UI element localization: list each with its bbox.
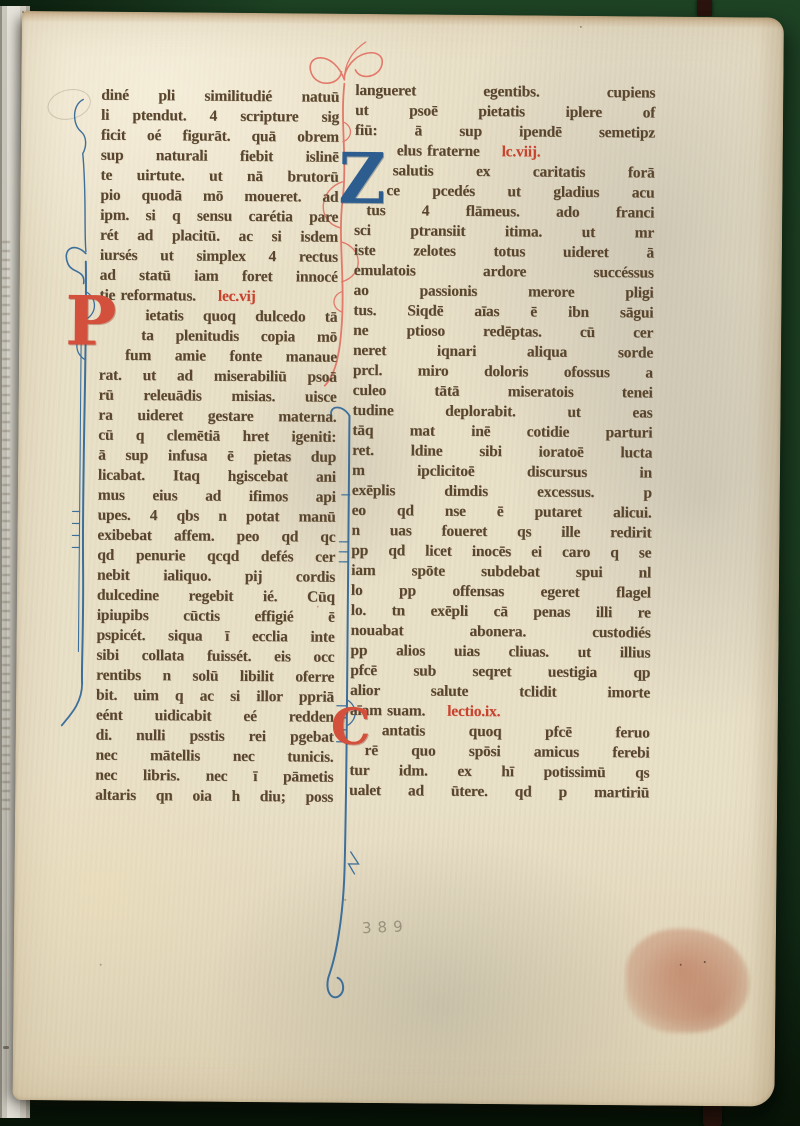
initial-letter-z: Z (338, 144, 386, 214)
text-line: rū releuādis misias. uisce (99, 386, 337, 408)
text-line: pp qd licet inocēs ei caro q se (351, 541, 651, 564)
text-line: langueret egentibs. cupiens (355, 81, 655, 104)
text-line: pio quodā mō moueret. ad (100, 186, 338, 208)
line-text: ce pcedés ut gladius acu (386, 182, 654, 201)
line-text: fum amie fonte manaue (125, 347, 337, 366)
text-line: ce pcedés ut gladius acu (354, 181, 654, 204)
text-line: iam spōte subdebat spui nl (351, 561, 651, 584)
text-line: exēplis dimdis excessus. p (352, 481, 652, 504)
text-line: qd penurie qcqd defés cer (97, 546, 335, 568)
initial-letter-c: C (331, 702, 371, 752)
line-text: rentibs n solū libilit oferre (96, 667, 334, 686)
line-text: prcl. miro doloris ofossus a (353, 362, 653, 382)
line-text: ao passionis merore pligi (354, 282, 654, 302)
text-line: ta plenitudis copia mō (99, 326, 337, 348)
line-text: neret iqnari aliqua sorde (353, 342, 653, 362)
line-text: pio quodā mō moueret. ad (100, 187, 338, 206)
text-line: exibebat affem. peo qd qc (97, 526, 335, 548)
line-text: ut psoē pietatis iplere of (355, 102, 655, 122)
line-text: sup naturali fiebit islinē (101, 147, 339, 166)
text-line: sup naturali fiebit islinē (101, 146, 339, 168)
line-text: antatis quoq pfcē feruo (382, 722, 650, 741)
text-line: bit. uim q ac si illor ppriā (96, 686, 334, 708)
line-text: tudine deplorabit. ut eas (352, 402, 652, 422)
line-text: altaris qn oia h diu; poss (95, 787, 333, 806)
left-text-column: diné pli similitudié natuūli ptendut. 4 … (95, 86, 339, 808)
manuscript-page: diné pli similitudié natuūli ptendut. 4 … (12, 11, 783, 1107)
text-line: culeo tātā miseratois tenei (353, 381, 653, 404)
page-number: 389 (362, 917, 409, 937)
rubric-label: lectio.ix. (447, 703, 500, 720)
text-line: ne ptioso redēptas. cū cer (353, 321, 653, 344)
line-text: ne ptioso redēptas. cū cer (353, 322, 653, 342)
line-text: nec libris. nec ī pāmetis (95, 767, 333, 786)
edge-mark (3, 1046, 9, 1049)
line-text: tur idm. ex hī potissimū qs (349, 762, 649, 782)
line-text: tus. Siqdē aīas ē ibn sāgui (353, 302, 653, 322)
text-line: n uas foueret qs ille redirit (351, 521, 651, 544)
text-line: di. nulli psstis rei pgebat (96, 726, 334, 748)
right-text-column: langueret egentibs. cupiensut psoē pieta… (349, 81, 655, 804)
text-line: rat. ut ad miserabiliū psoā (99, 366, 337, 388)
specks (22, 11, 24, 13)
text-line: rentibs n solū libilit oferre (96, 666, 334, 688)
text-line: nebit ialiquo. pij cordis (97, 566, 335, 588)
initial-letter-p: P (65, 287, 117, 355)
text-line: ut psoē pietatis iplere of (355, 101, 655, 124)
text-line: fiū: ā sup ipendē semetipz (355, 121, 655, 144)
rubric-label: lc.viij. (502, 143, 541, 160)
line-text: lo pp offensas egeret flagel (351, 582, 651, 602)
text-line: ietatis quoq dulcedo tā (99, 306, 337, 328)
line-text: diné pli similitudié natuū (101, 87, 339, 106)
text-line: prcl. miro doloris ofossus a (353, 361, 653, 384)
line-text: ā sup infusa ē pietas dup (98, 447, 336, 466)
text-line: iste zelotes totus uideret ā (354, 241, 654, 264)
text-line: sibi collata fuissét. eis occ (96, 646, 334, 668)
line-text: eént uidicabit eé redden (96, 707, 334, 726)
line-text: lo. tn exēpli cā penas illi re (351, 602, 651, 622)
line-text: tus 4 flāmeus. ado franci (366, 202, 654, 222)
line-text: ra uideret gestare materna. (98, 407, 336, 426)
text-line: lo pp offensas egeret flagel (351, 581, 651, 604)
text-line: pspicét. siqua ī ecclia inte (96, 626, 334, 648)
line-text: sci ptransiit itima. ut mr (354, 222, 654, 242)
line-text: licabat. Itaq hgiscebat ani (98, 467, 336, 486)
text-line: altaris qn oia h diu; poss (95, 786, 333, 808)
binding-clasp-top (697, 0, 712, 16)
text-line: dulcedine regebit ié. Cūq (97, 586, 335, 608)
text-line: licabat. Itaq hgiscebat ani (98, 466, 336, 488)
text-line: pfcē sub seqret uestigia qp (350, 661, 650, 684)
offset-mark (44, 85, 94, 124)
line-text: sibi collata fuissét. eis occ (96, 647, 334, 666)
line-text: ret. ldine sibi ioratoē lucta (352, 442, 652, 462)
line-text: rē quo spōsi amicus ferebi (364, 742, 649, 761)
line-text: rét ad placitū. ac si isdem (100, 227, 338, 246)
text-line: nouabat abonera. custodiés (351, 621, 651, 644)
line-text: ipiupibs cūctis effigié ē (97, 607, 335, 626)
line-text: ta plenitudis copia mō (141, 327, 337, 346)
line-text: eo qd nse ē putaret alicui. (352, 502, 652, 522)
line-text: nouabat abonera. custodiés (351, 622, 651, 642)
text-line: nec libris. nec ī pāmetis (95, 766, 333, 788)
line-text: nebit ialiquo. pij cordis (97, 567, 335, 586)
text-line: elus fraternelc.viij. (355, 141, 655, 164)
text-line: sci ptransiit itima. ut mr (354, 221, 654, 244)
text-line: m ipclicitoē discursus in (352, 461, 652, 484)
text-line: ā sup infusa ē pietas dup (98, 446, 336, 468)
line-text: elus fraterne (397, 142, 480, 160)
line-text: pp qd licet inocēs ei caro q se (351, 542, 651, 562)
text-line: tur idm. ex hī potissimū qs (349, 761, 649, 784)
photograph-background: diné pli similitudié natuūli ptendut. 4 … (0, 0, 800, 1126)
line-text: te uirtute. ut nā brutorū (100, 167, 338, 186)
line-text: iursés ut simplex 4 rectus (100, 247, 338, 266)
text-line: ra uideret gestare materna. (98, 406, 336, 428)
line-text: ficit oé figurāt. quā obrem (101, 127, 339, 146)
text-line: iursés ut simplex 4 rectus (100, 246, 338, 268)
text-line: antatis quoq pfcē feruo (350, 721, 650, 744)
text-line: ipiupibs cūctis effigié ē (97, 606, 335, 628)
line-text: nec mātellis nec tunicis. (95, 747, 333, 766)
line-text: ietatis quoq dulcedo tā (145, 307, 337, 326)
text-line: diné pli similitudié natuū (101, 86, 339, 108)
line-text: salutis ex caritatis forā (393, 162, 655, 181)
rubric-label: lec.vij (218, 288, 256, 305)
line-text: langueret egentibs. cupiens (355, 82, 655, 102)
line-text: rū releuādis misias. uisce (99, 387, 337, 406)
text-line: fum amie fonte manaue (99, 346, 337, 368)
line-text: mus eius ad ifimos api (98, 487, 336, 506)
text-line: tāq mat inē cotidie parturi (352, 421, 652, 444)
text-line: rét ad placitū. ac si isdem (100, 226, 338, 248)
line-text: di. nulli psstis rei pgebat (96, 727, 334, 746)
line-text: alior salute tclidit imorte (350, 682, 650, 702)
text-line: tie reformatus.lec.vij (99, 286, 337, 308)
line-text: pp alios uias cliuas. ut illius (350, 642, 650, 662)
text-line: ficit oé figurāt. quā obrem (101, 126, 339, 148)
text-line: ad statū iam foret innocé (100, 266, 338, 288)
line-text: upes. 4 qbs n potat manū (98, 507, 336, 526)
line-text: ipm. si q sensu carétia pare (100, 207, 338, 226)
line-text: rat. ut ad miserabiliū psoā (99, 367, 337, 386)
line-text: qd penurie qcqd defés cer (97, 547, 335, 566)
line-text: exibebat affem. peo qd qc (97, 527, 335, 546)
binding-clasp-bottom (703, 1104, 722, 1126)
line-text: ad statū iam foret innocé (100, 267, 338, 286)
facing-page-text-bleed (2, 241, 10, 816)
text-line: emulatois ardore succéssus (354, 261, 654, 284)
text-line: ret. ldine sibi ioratoē lucta (352, 441, 652, 464)
text-line: lo. tn exēpli cā penas illi re (351, 601, 651, 624)
text-line: alior salute tclidit imorte (350, 681, 650, 704)
line-text: n uas foueret qs ille redirit (351, 522, 651, 542)
text-line: tudine deplorabit. ut eas (352, 401, 652, 424)
text-line: te uirtute. ut nā brutorū (100, 166, 338, 188)
text-line: eo qd nse ē putaret alicui. (352, 501, 652, 524)
line-text: pspicét. siqua ī ecclia inte (96, 627, 334, 646)
text-line: tus 4 flāmeus. ado franci (354, 201, 654, 224)
line-text: iste zelotes totus uideret ā (354, 242, 654, 262)
line-text: emulatois ardore succéssus (354, 262, 654, 282)
line-text: exēplis dimdis excessus. p (352, 482, 652, 502)
line-text: ualet ad ūtere. qd p martiriū (349, 782, 649, 802)
text-line: ipm. si q sensu carétia pare (100, 206, 338, 228)
text-line: cū q clemētiā hret igeniti: (98, 426, 336, 448)
text-line: upes. 4 qbs n potat manū (98, 506, 336, 528)
line-text: culeo tātā miseratois tenei (353, 382, 653, 402)
text-line: neret iqnari aliqua sorde (353, 341, 653, 364)
line-text: pfcē sub seqret uestigia qp (350, 662, 650, 682)
text-line: aīam suam.lectio.ix. (350, 701, 650, 724)
line-text: dulcedine regebit ié. Cūq (97, 587, 335, 606)
text-line: nec mātellis nec tunicis. (95, 746, 333, 768)
text-line: tus. Siqdē aīas ē ibn sāgui (353, 301, 653, 324)
text-line: rē quo spōsi amicus ferebi (349, 741, 649, 764)
line-text: iam spōte subdebat spui nl (351, 562, 651, 582)
ink-stain (625, 928, 750, 1033)
line-text: cū q clemētiā hret igeniti: (98, 427, 336, 446)
text-line: ualet ad ūtere. qd p martiriū (349, 781, 649, 804)
text-line: mus eius ad ifimos api (98, 486, 336, 508)
line-text: tāq mat inē cotidie parturi (352, 422, 652, 442)
line-text: m ipclicitoē discursus in (352, 462, 652, 482)
line-text: bit. uim q ac si illor ppriā (96, 687, 334, 706)
text-line: eént uidicabit eé redden (96, 706, 334, 728)
text-line: salutis ex caritatis forā (355, 161, 655, 184)
line-text: fiū: ā sup ipendē semetipz (355, 122, 655, 142)
text-line: pp alios uias cliuas. ut illius (350, 641, 650, 664)
line-text: li ptendut. 4 scripture sig (101, 107, 339, 126)
text-line: li ptendut. 4 scripture sig (101, 106, 339, 128)
text-line: ao passionis merore pligi (353, 281, 653, 304)
